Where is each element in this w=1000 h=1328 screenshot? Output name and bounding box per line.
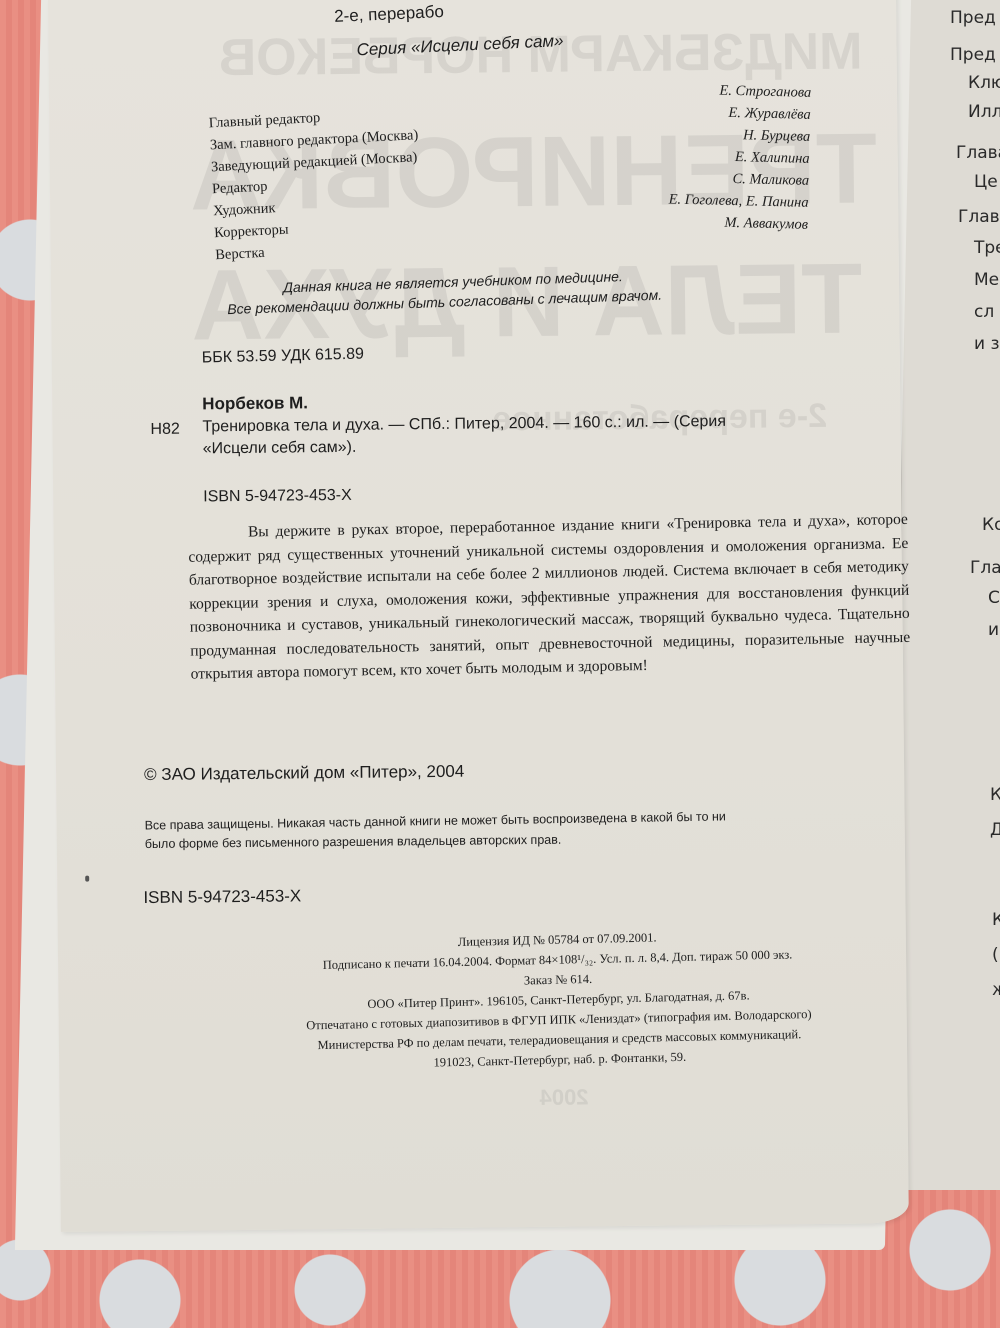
toc-fragment: Ме xyxy=(974,270,999,290)
isbn-bottom: ISBN 5-94723-453-X xyxy=(143,886,301,908)
toc-fragment: Тре xyxy=(974,238,1000,258)
toc-fragment: Гла xyxy=(970,558,1000,578)
toc-fragment: сл xyxy=(974,302,994,322)
toc-fragment: Илл xyxy=(968,102,1000,122)
toc-fragment: Пред xyxy=(950,8,996,28)
toc-fragment: Пред xyxy=(950,45,996,65)
copyright-line: © ЗАО Издательский дом «Питер», 2004 xyxy=(144,762,464,785)
toc-fragment: и xyxy=(988,620,999,640)
toc-fragment: и з xyxy=(974,334,1000,354)
toc-fragment: Це xyxy=(974,172,998,192)
toc-fragment: Клю xyxy=(968,73,1000,93)
facing-page: Пред Пред Клю Илл Глава Це Глав Тре Ме с… xyxy=(900,0,1000,1190)
toc-fragment: Ко xyxy=(982,515,1000,535)
toc-fragment: Глав xyxy=(958,207,1000,227)
toc-fragment: Д xyxy=(990,820,1000,840)
rights-line-1: Все права защищены. Никакая часть данной… xyxy=(145,809,726,832)
toc-fragment: К xyxy=(990,785,1000,805)
credit-name: М. Аввакумов xyxy=(588,208,808,235)
edition-line: 2-е, перерабо xyxy=(334,2,444,27)
ink-speck xyxy=(85,876,89,882)
credits-roles: Главный редактор Зам. главного редактора… xyxy=(208,102,424,266)
toc-fragment: К xyxy=(992,910,1000,930)
imprint-block: Лицензия ИД № 05784 от 07.09.2001. Подпи… xyxy=(207,922,910,1078)
toc-fragment: ( xyxy=(992,945,999,965)
toc-fragment: Глава xyxy=(956,143,1000,163)
classification-codes: ББК 53.59 УДК 615.89 xyxy=(202,346,365,368)
rights-line-2: было форме без письменного разрешения вл… xyxy=(145,833,562,851)
catalog-isbn: ISBN 5-94723-453-X xyxy=(203,487,352,507)
credits-names: Е. Строганова Е. Журавлёва Н. Бурцева Е.… xyxy=(588,77,812,236)
book-abstract: Вы держите в руках второе, переработанно… xyxy=(188,508,911,686)
toc-fragment: С xyxy=(988,588,1000,608)
series-title: Серия «Исцели себя сам» xyxy=(356,31,564,60)
book-page: МИДЗБКАРМ НОРБЕКОВ ТРЕНИРОВКА ТЕЛА И ДУХ… xyxy=(48,0,909,1232)
catalog-author: Норбеков М. xyxy=(202,393,308,414)
catalog-line-2: «Исцели себя сам»). xyxy=(203,439,357,459)
bleed-through-text: 2004 xyxy=(539,1084,588,1111)
catalog-code: Н82 xyxy=(150,421,180,439)
catalog-line-1: Тренировка тела и духа. — СПб.: Питер, 2… xyxy=(202,413,726,436)
toc-fragment: ж xyxy=(992,980,1000,1000)
